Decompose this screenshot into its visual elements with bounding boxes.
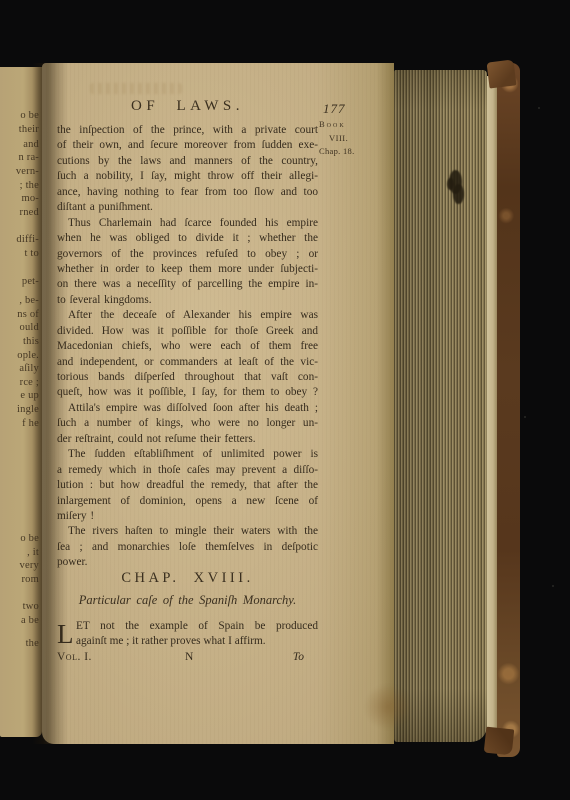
facing-page-text-fragment: rom xyxy=(21,574,39,585)
running-head: OF LAWS. xyxy=(57,98,318,115)
facing-page-text-fragment: aſily xyxy=(19,363,39,374)
facing-page-text-fragment: diffi- xyxy=(16,234,39,245)
book-page: OF LAWS. 177 Book VIII. Chap. 18. the in… xyxy=(42,63,394,744)
facing-page-text-fragment: ns of xyxy=(17,309,39,320)
facing-page-text-fragment: o be xyxy=(20,110,39,121)
fore-edge-pages xyxy=(394,70,487,742)
facing-page-text-fragment: very xyxy=(20,560,39,571)
signature-mark: N xyxy=(185,651,193,663)
body-text-line: der reſtraint, could not reſume their fe… xyxy=(57,433,318,448)
body-text-line: The rivers haſten to mingle their waters… xyxy=(57,525,318,540)
catchword: To xyxy=(293,651,304,663)
marginal-note-book-number: VIII. xyxy=(319,132,389,146)
facing-page-text-fragment: rned xyxy=(20,207,39,218)
chapter-first-paragraph-lines: ET not the example of Spain be produceda… xyxy=(57,620,318,651)
cover-corner-top xyxy=(487,59,517,88)
body-text-line: ſuch a nobility, I ſay, might throw off … xyxy=(57,170,318,185)
facing-page-text-fragment: this xyxy=(23,336,39,347)
facing-page-text-fragment: and xyxy=(23,139,39,150)
body-text-line: to ſeveral kingdoms. xyxy=(57,294,318,309)
facing-page-text-fragment: mo- xyxy=(21,193,39,204)
facing-page-text-fragment: a be xyxy=(21,615,39,626)
body-text-line: divided. How was it poſſible for thoſe G… xyxy=(57,325,318,340)
body-text-line: Attila's empire was diſſolved ſoon after… xyxy=(57,402,318,417)
body-text-line: queſt, how was it poſſible, I ſay, for t… xyxy=(57,386,318,401)
facing-page-text-fragment: their xyxy=(19,124,39,135)
body-text-line: when he was obliged to divide it ; wheth… xyxy=(57,232,318,247)
facing-page-text-fragment: ople. xyxy=(17,350,39,361)
dust-speck xyxy=(524,416,526,418)
facing-page-text-fragment: pet- xyxy=(22,276,39,287)
chapter-first-paragraph: L ET not the example of Spain be produce… xyxy=(57,620,318,651)
body-text-line: miſery ! xyxy=(57,510,318,525)
body-text-line: inlargement of dominion, opens a new ſce… xyxy=(57,495,318,510)
volume-label: Vol. I. xyxy=(57,651,92,663)
body-text-line: The ſudden eſtabliſhment of unlimited po… xyxy=(57,448,318,463)
body-text-line: Macedonian chiefs, who were each of them… xyxy=(57,340,318,355)
body-text-line: of their own, and ſecure moreover from ſ… xyxy=(57,139,318,154)
body-text-line: ſuch a number of kings, who were no long… xyxy=(57,417,318,432)
leather-cover xyxy=(497,63,520,757)
book-photo: o betheirandn ra-vern-; themo-rneddiffi-… xyxy=(0,0,570,800)
drop-cap: L xyxy=(57,621,74,648)
dust-speck xyxy=(552,585,554,587)
blind-stamp-impression xyxy=(90,83,182,94)
chapter-paragraph-line: ET not the example of Spain be produced xyxy=(57,620,318,635)
facing-page-text-fragment: ; the xyxy=(20,180,39,191)
facing-page-text-fragment: ingle xyxy=(17,404,39,415)
facing-page-text-fragment: rce ; xyxy=(20,377,39,388)
facing-page-text-fragment: the xyxy=(26,638,39,649)
body-text-line: lution : but how dreadful the remedy, th… xyxy=(57,479,318,494)
body-text-line: diſtant a puniſhment. xyxy=(57,201,318,216)
body-text-line: ance, having nothing to fear from too ſl… xyxy=(57,186,318,201)
facing-page-text-fragment: n ra- xyxy=(18,152,39,163)
page-stain xyxy=(364,684,412,730)
ink-blot xyxy=(447,170,467,206)
facing-page-text-fragment: f he xyxy=(22,418,39,429)
body-text-line: ſea ; and monarchies loſe themſelves in … xyxy=(57,541,318,556)
marginal-note-chapter: Chap. 18. xyxy=(319,145,389,159)
body-text-line: whether in order to keep them more under… xyxy=(57,263,318,278)
dust-speck xyxy=(538,107,540,109)
facing-page-text-fragment: e up xyxy=(20,390,39,401)
page-number: 177 xyxy=(323,101,346,117)
body-text: the inſpection of the prince, with a pri… xyxy=(57,124,318,572)
chapter-heading: CHAP. XVIII. xyxy=(57,570,318,587)
body-text-line: the inſpection of the prince, with a pri… xyxy=(57,124,318,139)
endpaper-edge xyxy=(487,76,497,738)
body-text-line: Thus Charlemain had ſcarce founded his e… xyxy=(57,217,318,232)
body-text-line: and independent, or commanders at leaſt … xyxy=(57,356,318,371)
facing-page-text-fragment: , be- xyxy=(19,295,39,306)
body-text-line: torious bands diſperſed throughout that … xyxy=(57,371,318,386)
body-text-line: cutions by the laws and manners of the c… xyxy=(57,155,318,170)
facing-page-text-fragment: vern- xyxy=(16,166,39,177)
facing-page-text-fragment: ould xyxy=(20,322,39,333)
marginal-note: Book VIII. Chap. 18. xyxy=(319,118,389,159)
page-footer: Vol. I. N To xyxy=(57,651,318,666)
facing-page-text-fragment: o be xyxy=(20,533,39,544)
facing-page-text-fragment: two xyxy=(23,601,39,612)
body-text-line: on there was a neceſſity of parcelling t… xyxy=(57,278,318,293)
body-text-line: After the deceaſe of Alexander his empir… xyxy=(57,309,318,324)
left-page-sliver: o betheirandn ra-vern-; themo-rneddiffi-… xyxy=(0,67,42,737)
marginal-note-book: Book xyxy=(319,118,389,132)
body-text-line: governors of the provinces refuſed to ob… xyxy=(57,248,318,263)
chapter-subtitle: Particular caſe of the Spaniſh Monarchy. xyxy=(57,593,318,608)
chapter-paragraph-line: againſt me ; it rather proves what I aff… xyxy=(57,635,318,650)
facing-page-text-fragment: t to xyxy=(24,248,39,259)
body-text-line: a remedy which in thoſe caſes may preven… xyxy=(57,464,318,479)
cover-corner-bottom xyxy=(484,727,515,756)
facing-page-text-fragment: , it xyxy=(27,547,39,558)
